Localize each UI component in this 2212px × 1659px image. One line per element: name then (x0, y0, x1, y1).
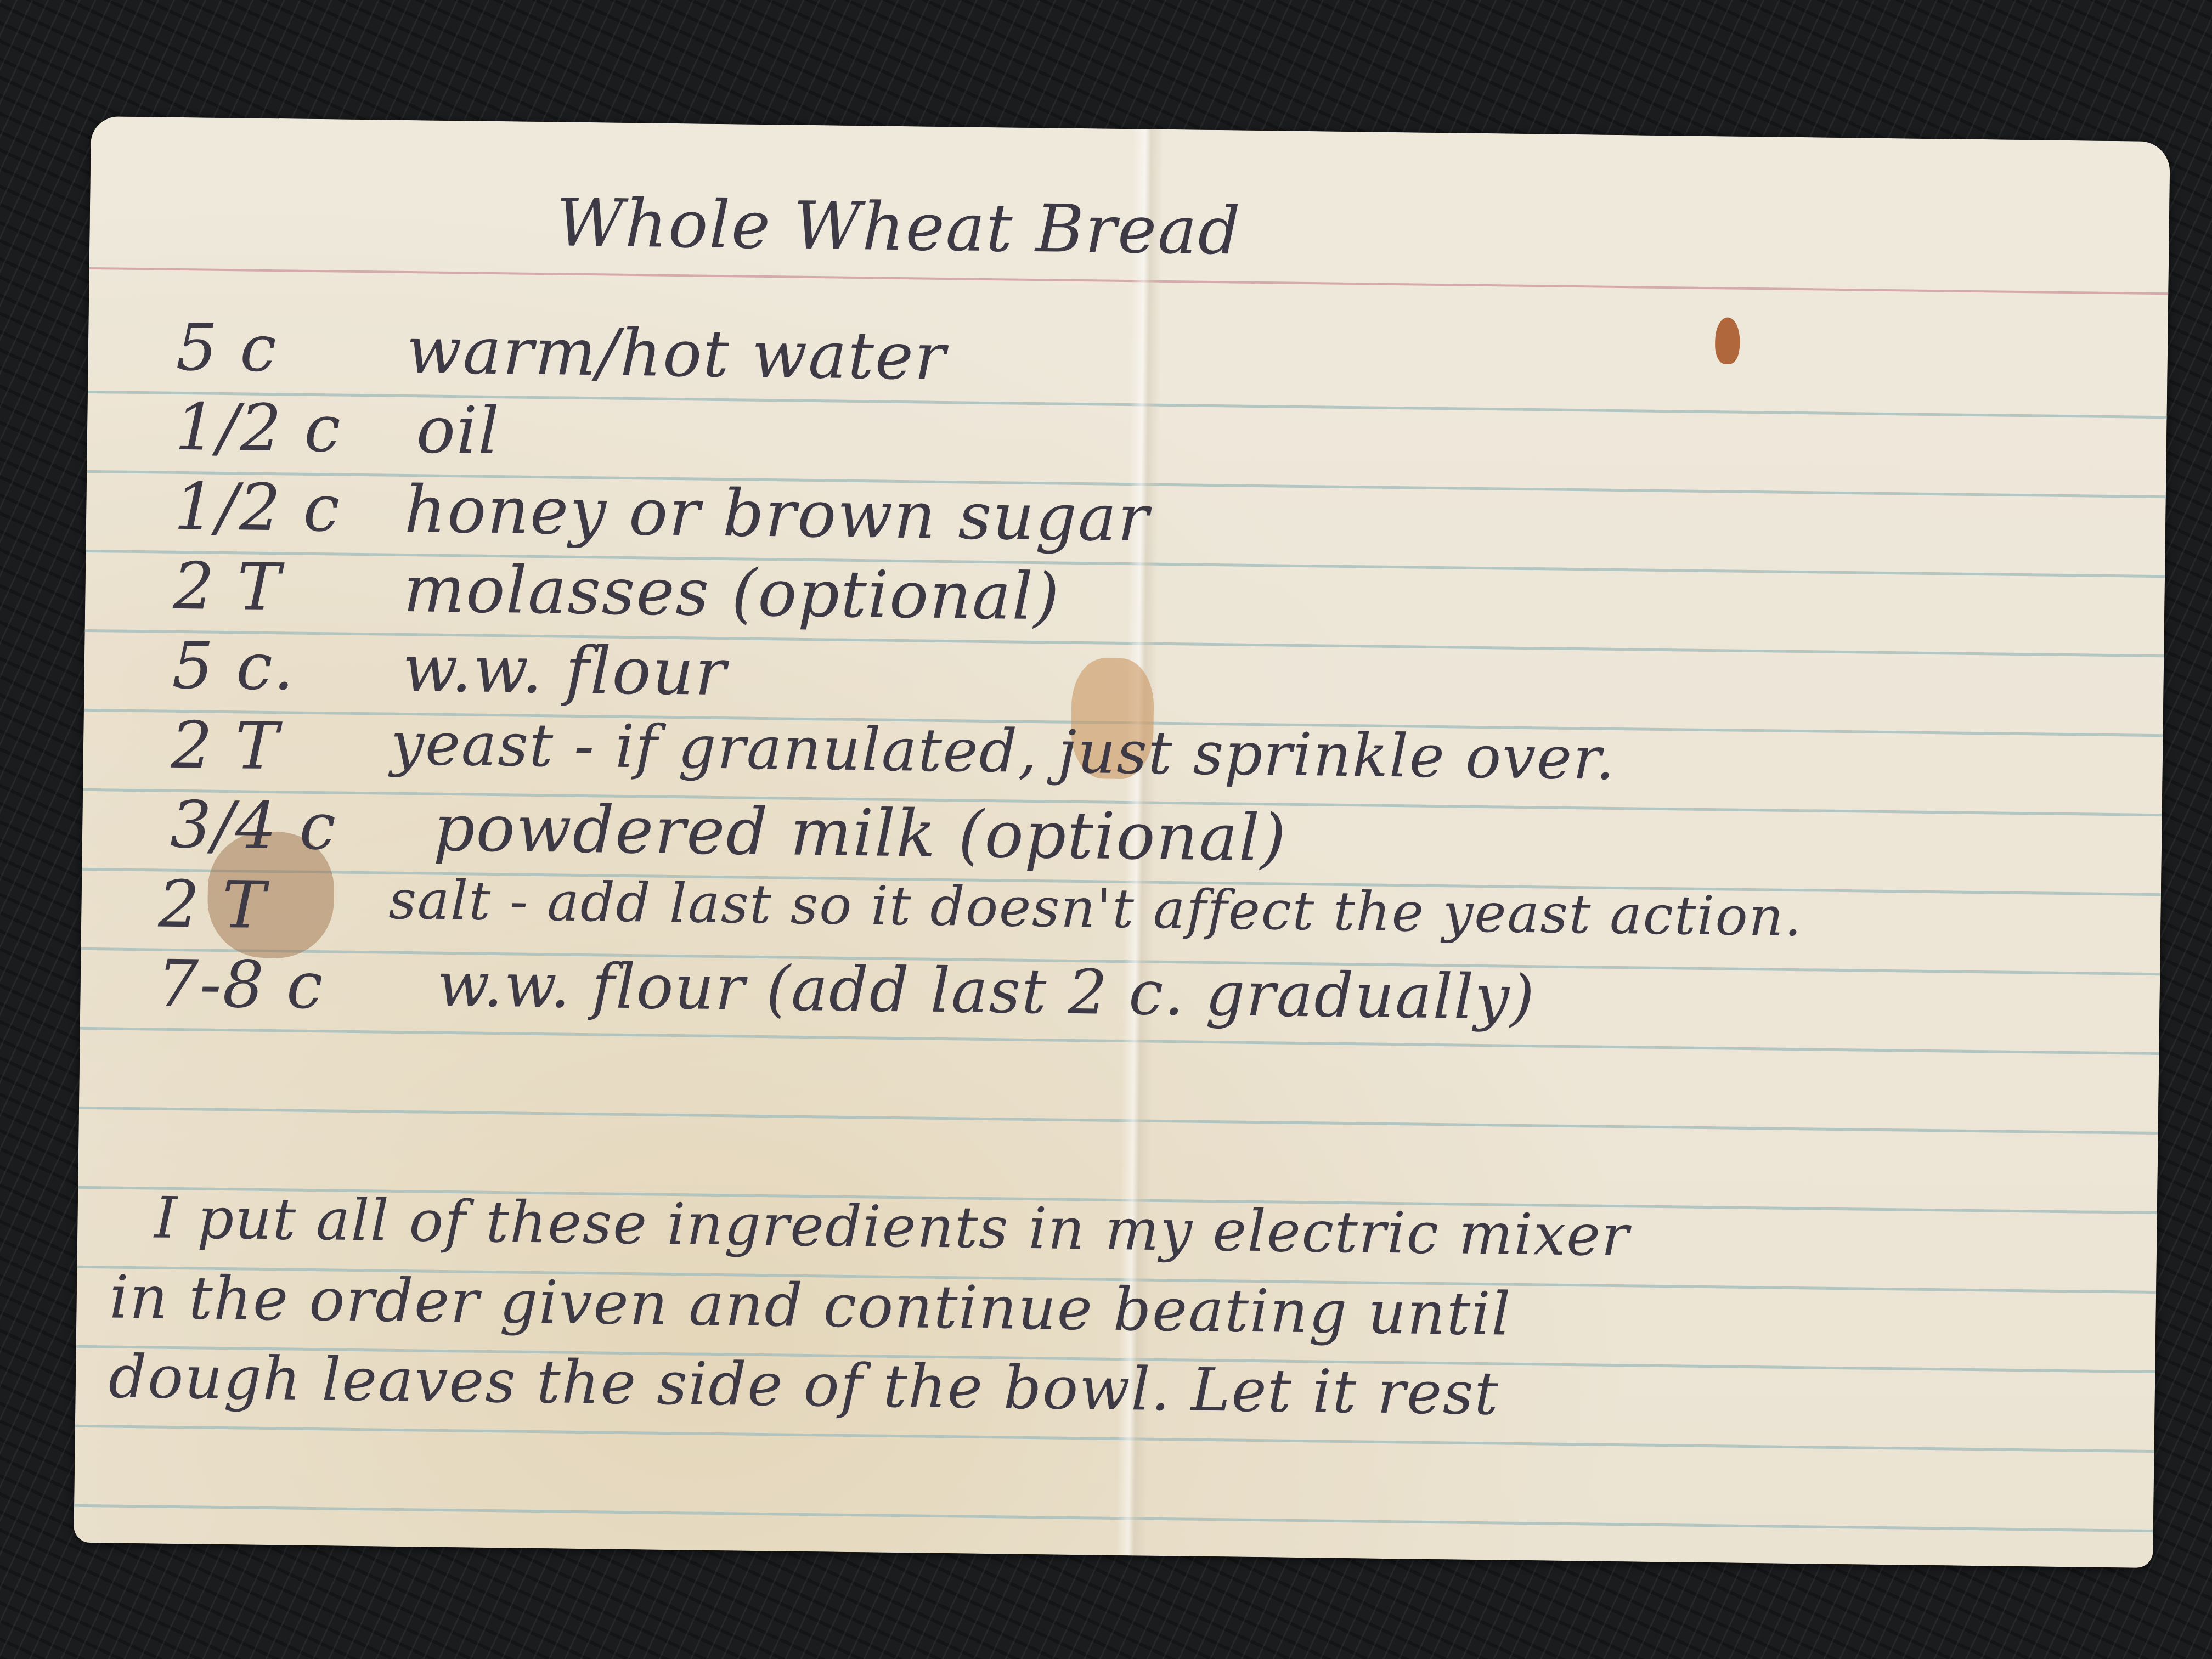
recipe-card: Whole Wheat Bread 5 c 1/2 c 1/2 c 2 T 5 … (74, 116, 2170, 1568)
ruled-line (74, 1504, 2153, 1532)
ingredient-item: w.w. flour (add last 2 c. gradually) (437, 949, 1536, 1034)
ruled-line (85, 629, 2164, 657)
instruction-line: dough leaves the side of the bowl. Let i… (108, 1343, 1499, 1429)
ingredient-qty: 7-8 c (157, 946, 324, 1024)
ingredient-qty: 2 T (158, 866, 267, 943)
ingredient-item: oil (416, 392, 500, 469)
ingredient-qty: 2 T (173, 548, 282, 625)
header-rule (89, 267, 2169, 295)
ingredient-item: warm/hot water (406, 312, 947, 394)
ingredient-qty: 1/2 c (174, 389, 342, 467)
ingredient-qty: 3/4 c (170, 787, 337, 865)
instruction-line: I put all of these ingredients in my ele… (154, 1184, 1630, 1269)
ruled-line (80, 1027, 2159, 1055)
instruction-line: in the order given and continue beating … (109, 1263, 1512, 1349)
ruled-line (75, 1425, 2154, 1453)
ingredient-item: yeast - if granulated, just sprinkle ove… (390, 710, 1616, 793)
ingredient-item: powdered milk (optional) (433, 790, 1287, 876)
stain-top-right (1715, 317, 1740, 364)
ingredient-item: honey or brown sugar (404, 471, 1150, 556)
ingredient-item: salt - add last so it doesn't affect the… (388, 869, 1803, 949)
ruled-line (88, 391, 2167, 419)
ingredient-item: w.w. flour (402, 630, 727, 710)
ruled-line (79, 1107, 2158, 1135)
ingredient-qty: 2 T (171, 707, 280, 784)
ingredient-qty: 1/2 c (174, 469, 341, 546)
ingredient-item: molasses (optional) (403, 551, 1061, 635)
ingredient-qty: 5 c. (172, 628, 296, 705)
ingredient-qty: 5 c (176, 309, 278, 386)
recipe-title: Whole Wheat Bread (556, 185, 1242, 269)
